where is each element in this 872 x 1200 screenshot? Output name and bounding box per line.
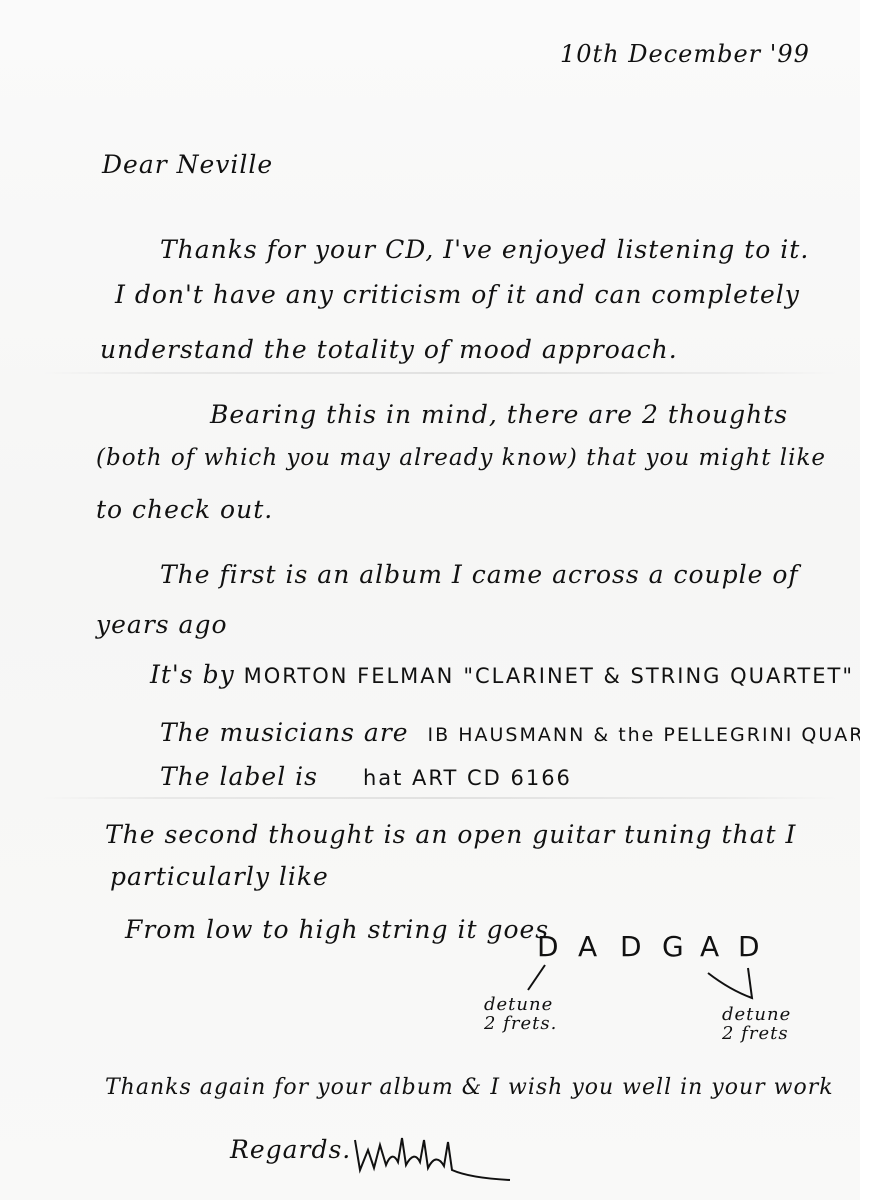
signature-scribble bbox=[0, 0, 872, 1200]
letter-page: 10th December '99 Dear Neville Thanks fo… bbox=[0, 0, 860, 1200]
scan-edge bbox=[860, 0, 872, 1200]
